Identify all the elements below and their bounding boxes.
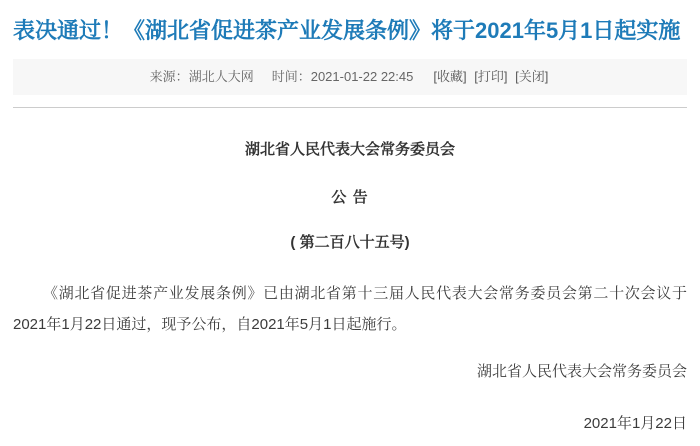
- body-paragraph: 《湖北省促进茶产业发展条例》已由湖北省第十三届人民代表大会常务委员会第二十次会议…: [13, 278, 687, 340]
- signature-line: 湖北省人民代表大会常务委员会: [13, 363, 687, 381]
- print-link[interactable]: [打印]: [474, 69, 507, 84]
- document-body: 湖北省人民代表大会常务委员会 公 告 ( 第二百八十五号) 《湖北省促进茶产业发…: [13, 141, 687, 433]
- time-label: 时间：: [272, 69, 311, 84]
- article-page: 表决通过！《湖北省促进茶产业发展条例》将于2021年5月1日起实施 来源：湖北人…: [0, 0, 700, 446]
- article-title: 表决通过！《湖北省促进茶产业发展条例》将于2021年5月1日起实施: [13, 0, 687, 46]
- header-divider: [13, 107, 687, 108]
- issuer-heading: 湖北省人民代表大会常务委员会: [13, 141, 687, 158]
- date-line: 2021年1月22日: [13, 415, 687, 433]
- article-content: 表决通过！《湖北省促进茶产业发展条例》将于2021年5月1日起实施 来源：湖北人…: [0, 0, 700, 433]
- source-label: 来源：: [150, 69, 189, 84]
- time-value: 2021-01-22 22:45: [311, 69, 414, 84]
- source-value: 湖北人大网: [189, 69, 254, 84]
- announcement-heading: 公 告: [13, 189, 687, 206]
- favorite-link[interactable]: [收藏]: [433, 69, 466, 84]
- document-number: ( 第二百八十五号): [13, 234, 687, 251]
- meta-bar: 来源：湖北人大网时间：2021-01-22 22:45[收藏] [打印] [关闭…: [13, 59, 687, 95]
- close-link[interactable]: [关闭]: [515, 69, 548, 84]
